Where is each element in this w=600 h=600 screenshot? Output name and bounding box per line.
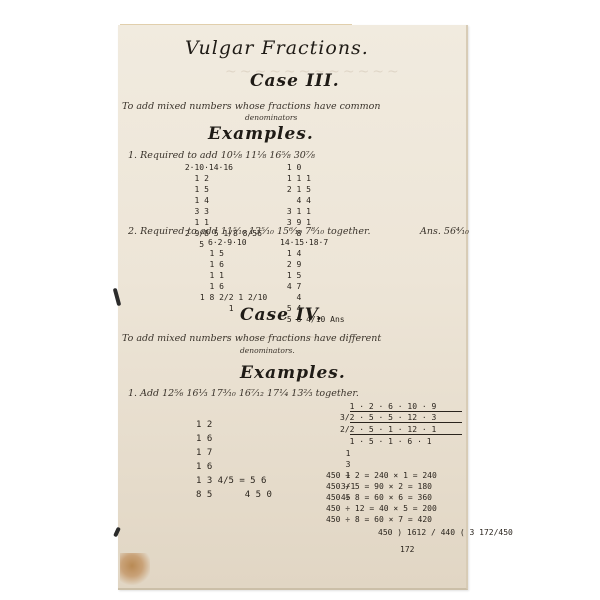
- case-3-heading: Case III.: [250, 71, 340, 91]
- case-4-rule: To add mixed numbers whose fractions hav…: [122, 333, 381, 344]
- example-1-prompt: 1. Required to add 10¹⁄₈ 11¹⁄₈ 16⁵⁄₈ 30⁷…: [128, 150, 315, 161]
- table-rule: [350, 434, 462, 435]
- example-2-prompt: 2. Required to add 11⁵⁄₁₀ 13⁵⁄₁₀ 15⁶⁄₁₀ …: [128, 226, 371, 237]
- product-row: 450 ÷ 8 = 60 × 7 = 420: [326, 514, 432, 525]
- final-result: 172: [400, 544, 414, 555]
- example-2-right-header: 14·15·18·7: [280, 237, 328, 248]
- page-title: Vulgar Fractions.: [185, 37, 369, 59]
- lcd-row: 1 · 5 · 1 · 6 · 1: [340, 436, 432, 447]
- case-3-rule-cont: denominators: [245, 113, 297, 122]
- case-4-left-column: 1 2 1 6 1 7 1 6 1 3 4/5 = 5 6 8 5 4 5 0: [196, 418, 272, 502]
- case-4-examples-heading: Examples.: [240, 363, 346, 383]
- product-row: 450 ÷ 2 = 240 × 1 = 240: [326, 470, 437, 481]
- product-row: 450 ÷ 8 = 60 × 6 = 360: [326, 492, 432, 503]
- example-2-left-header: 6·2·9·10: [208, 237, 247, 248]
- final-division: 450 ) 1612 / 440 ( 3 172/450: [378, 527, 513, 538]
- table-rule: [350, 422, 462, 423]
- example-2-answer: Ans. 56⁴⁄₁₀: [420, 226, 469, 237]
- case-4-example-1-prompt: 1. Add 12⁵⁄₆ 16¹⁄₃ 17³⁄₁₀ 16⁷⁄₁₂ 17¹⁄₄ 1…: [128, 388, 359, 399]
- case-3-examples-heading: Examples.: [208, 124, 314, 144]
- case-3-rule: To add mixed numbers whose fractions hav…: [122, 101, 381, 112]
- rust-stain: [120, 553, 150, 585]
- case-4-rule-cont: denominators.: [240, 346, 295, 355]
- case-4-heading: Case IV.: [240, 305, 323, 325]
- product-row: 450 ÷ 5 = 90 × 2 = 180: [326, 481, 432, 492]
- product-row: 450 ÷ 12 = 40 × 5 = 200: [326, 503, 437, 514]
